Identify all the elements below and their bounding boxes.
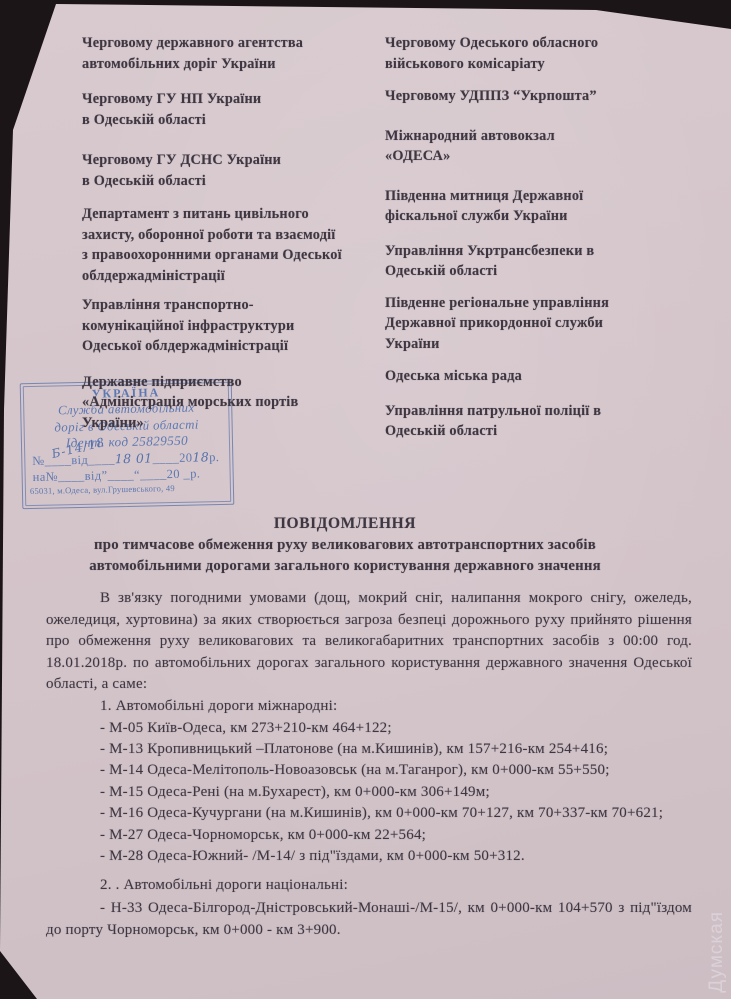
recipient-item: Черговому УДППЗ “Укрпошта” (385, 86, 685, 107)
recipient-item: Одеська міська рада (385, 366, 685, 387)
road-list-item: - М-27 Одеса-Чорноморськ, км 0+000-км 22… (100, 825, 692, 846)
recipient-item: Черговому державного агентства автомобіл… (82, 33, 385, 74)
recipient-item: Управління Укртрансбезпеки в Одеській об… (385, 241, 685, 282)
watermark-label: Думская (706, 911, 728, 993)
document-title: ПОВІДОМЛЕННЯ (20, 513, 670, 535)
recipient-item: Черговому Одеського обласного військовог… (385, 33, 685, 74)
title-block: ПОВІДОМЛЕННЯ про тимчасове обмеження рух… (20, 513, 670, 577)
road-list-item: - М-15 Одеса-Рені (на м.Бухарест), км 0+… (100, 782, 692, 803)
recipient-item: Державне підприємство «Адміністрація мор… (82, 372, 385, 434)
stamp-reg-suffix: р. (209, 450, 219, 464)
intro-paragraph: В зв'язку погодними умовами (дощ, мокрий… (46, 588, 692, 696)
recipients-column-left: Черговому державного агентства автомобіл… (82, 33, 385, 442)
recipient-item: Департамент з питань цивільного захисту,… (82, 204, 385, 286)
document-page: Черговому державного агентства автомобіл… (0, 0, 731, 999)
recipient-item: Південне регіональне управління Державно… (385, 293, 685, 355)
road-list-item: - М-16 Одеса-Кучургани (на м.Кишинів), к… (100, 803, 692, 824)
recipients-block: Черговому державного агентства автомобіл… (82, 33, 685, 442)
recipient-item: Південна митниця Державної фіскальної сл… (385, 186, 685, 227)
section1-heading: 1. Автомобільні дороги міжнародні: (46, 696, 692, 718)
road-list-item: - М-28 Одеса-Южний- /М-14/ з під"їздами,… (100, 846, 692, 867)
document-body: В зв'язку погодними умовами (дощ, мокрий… (46, 588, 692, 941)
section2-heading: 2. . Автомобільні дороги національні: (46, 875, 692, 897)
road-list-item: - М-13 Кропивницький –Платонове (на м.Ки… (100, 739, 692, 760)
stamp-handwritten-date: 18 01 (115, 450, 153, 466)
recipient-item: Управління патрульної поліції в Одеській… (385, 401, 685, 442)
recipients-column-right: Черговому Одеського обласного військовог… (385, 33, 685, 442)
recipient-item: Черговому ГУ ДСНС України в Одеській обл… (82, 150, 385, 191)
recipient-item: Управління транспортно- комунікаційної і… (82, 295, 385, 357)
road-list-item: - М-05 Київ-Одеса, км 273+210-км 464+122… (100, 718, 692, 739)
recipient-item: Черговому ГУ НП України в Одеській облас… (82, 89, 385, 130)
stamp-handwritten-year: 18 (192, 449, 209, 464)
recipient-item: Міжнародний автовокзал «ОДЕСА» (385, 126, 685, 167)
stamp-reg-mid: ____20 (152, 450, 192, 465)
section2-paragraph: - Н-33 Одеса-Білгород-Дністровський-Мона… (46, 898, 692, 941)
photo-background: Черговому державного агентства автомобіл… (0, 0, 731, 999)
document-subtitle: про тимчасове обмеження руху великовагов… (20, 535, 670, 577)
road-list-item: - М-14 Одеса-Мелітополь-Новоазовськ (на … (100, 760, 692, 781)
